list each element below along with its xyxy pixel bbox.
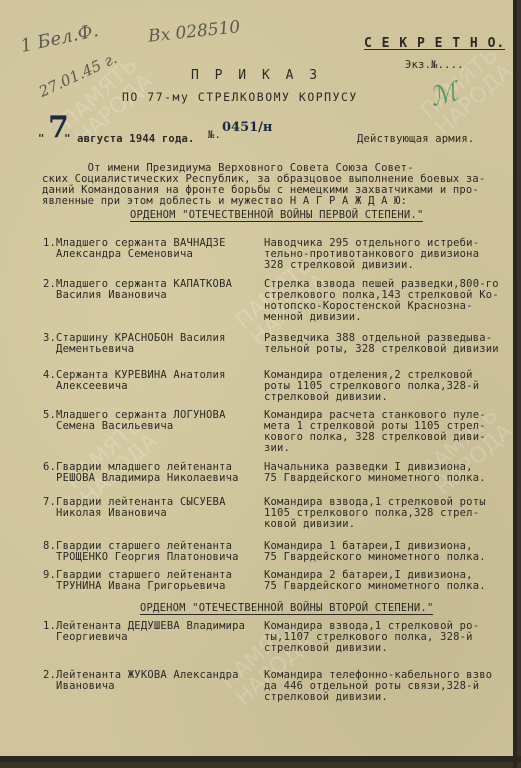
handwritten-front: 1 Бел.Ф. <box>19 20 101 57</box>
order-subtitle: ПО 77-му СТРЕЛКОВОМУ КОРПУСУ <box>122 92 358 103</box>
recipient-position: 75 Гвардейского минометного полка. <box>264 552 486 563</box>
recipient-name: Николая Ивановича <box>43 508 167 519</box>
recipient-name: Алексеевича <box>43 381 128 392</box>
recipient-position: 328 стрелковой дивизии. <box>264 260 414 271</box>
copy-number: Экз.№.... <box>405 60 464 71</box>
page-edge <box>0 756 521 762</box>
recipient-position: тельной роты, 328 стрелковой дивизии <box>264 344 499 355</box>
award-heading: ОРДЕНОМ "ОТЕЧЕСТВЕННОЙ ВОЙНЫ ВТОРОЙ СТЕП… <box>140 603 433 615</box>
recipient-position: ковой дивизии. <box>264 519 355 530</box>
recipient-position: зии. <box>264 443 290 454</box>
page-edge <box>513 0 517 768</box>
recipient-position: стрелковой дивизии. <box>264 692 388 703</box>
recipient-name: Александра Семеновича <box>43 249 193 260</box>
location: Действующая армия. <box>357 134 474 145</box>
recipient-name: РЕШОВА Владимира Николаевича <box>43 473 239 484</box>
handwritten-day: 7 <box>48 110 69 145</box>
recipient-name: Георгиевича <box>43 632 128 643</box>
document-page: 1 Бел.Ф. 27.01.45 г. Вх 028510 ПАМЯТЬ НА… <box>0 0 517 762</box>
recipient-name: Ивановича <box>43 681 115 692</box>
recipient-position: стрелковой дивизии. <box>264 643 388 654</box>
recipient-name: Василия Ивановича <box>43 290 167 301</box>
recipient-position: 75 Гвардейского минометного полка. <box>264 581 486 592</box>
award-heading: ОРДЕНОМ "ОТЕЧЕСТВЕННОЙ ВОЙНЫ ПЕРВОЙ СТЕП… <box>130 210 423 222</box>
recipient-name: Семена Васильевича <box>43 421 173 432</box>
preamble-line: явленные при этом доблесть и мужество Н … <box>42 196 485 207</box>
recipient-name: ТРОЩЕНКО Георгия Платоновича <box>43 552 239 563</box>
recipient-position: 75 Гвардейского минометного полка. <box>264 473 486 484</box>
order-title: П Р И К А З <box>191 70 321 81</box>
recipient-position: стрелковой дивизии. <box>264 392 388 403</box>
recipient-name: Дементьевича <box>43 344 134 355</box>
order-number-label: №. <box>208 130 221 141</box>
handwritten-incoming-number: Вх 028510 <box>147 17 241 47</box>
preamble: От имени Президиума Верховного Совета Со… <box>42 163 485 207</box>
recipient-position: кового полка, 328 стрелковой диви- <box>264 432 486 443</box>
handwritten-order-number: 0451/н <box>222 120 272 135</box>
recipient-name: ТРУНИНА Ивана Григорьевича <box>43 581 226 592</box>
recipient-position: менной дивизии. <box>264 312 362 323</box>
classification-stamp: С Е К Р Е Т Н О. <box>364 38 505 50</box>
